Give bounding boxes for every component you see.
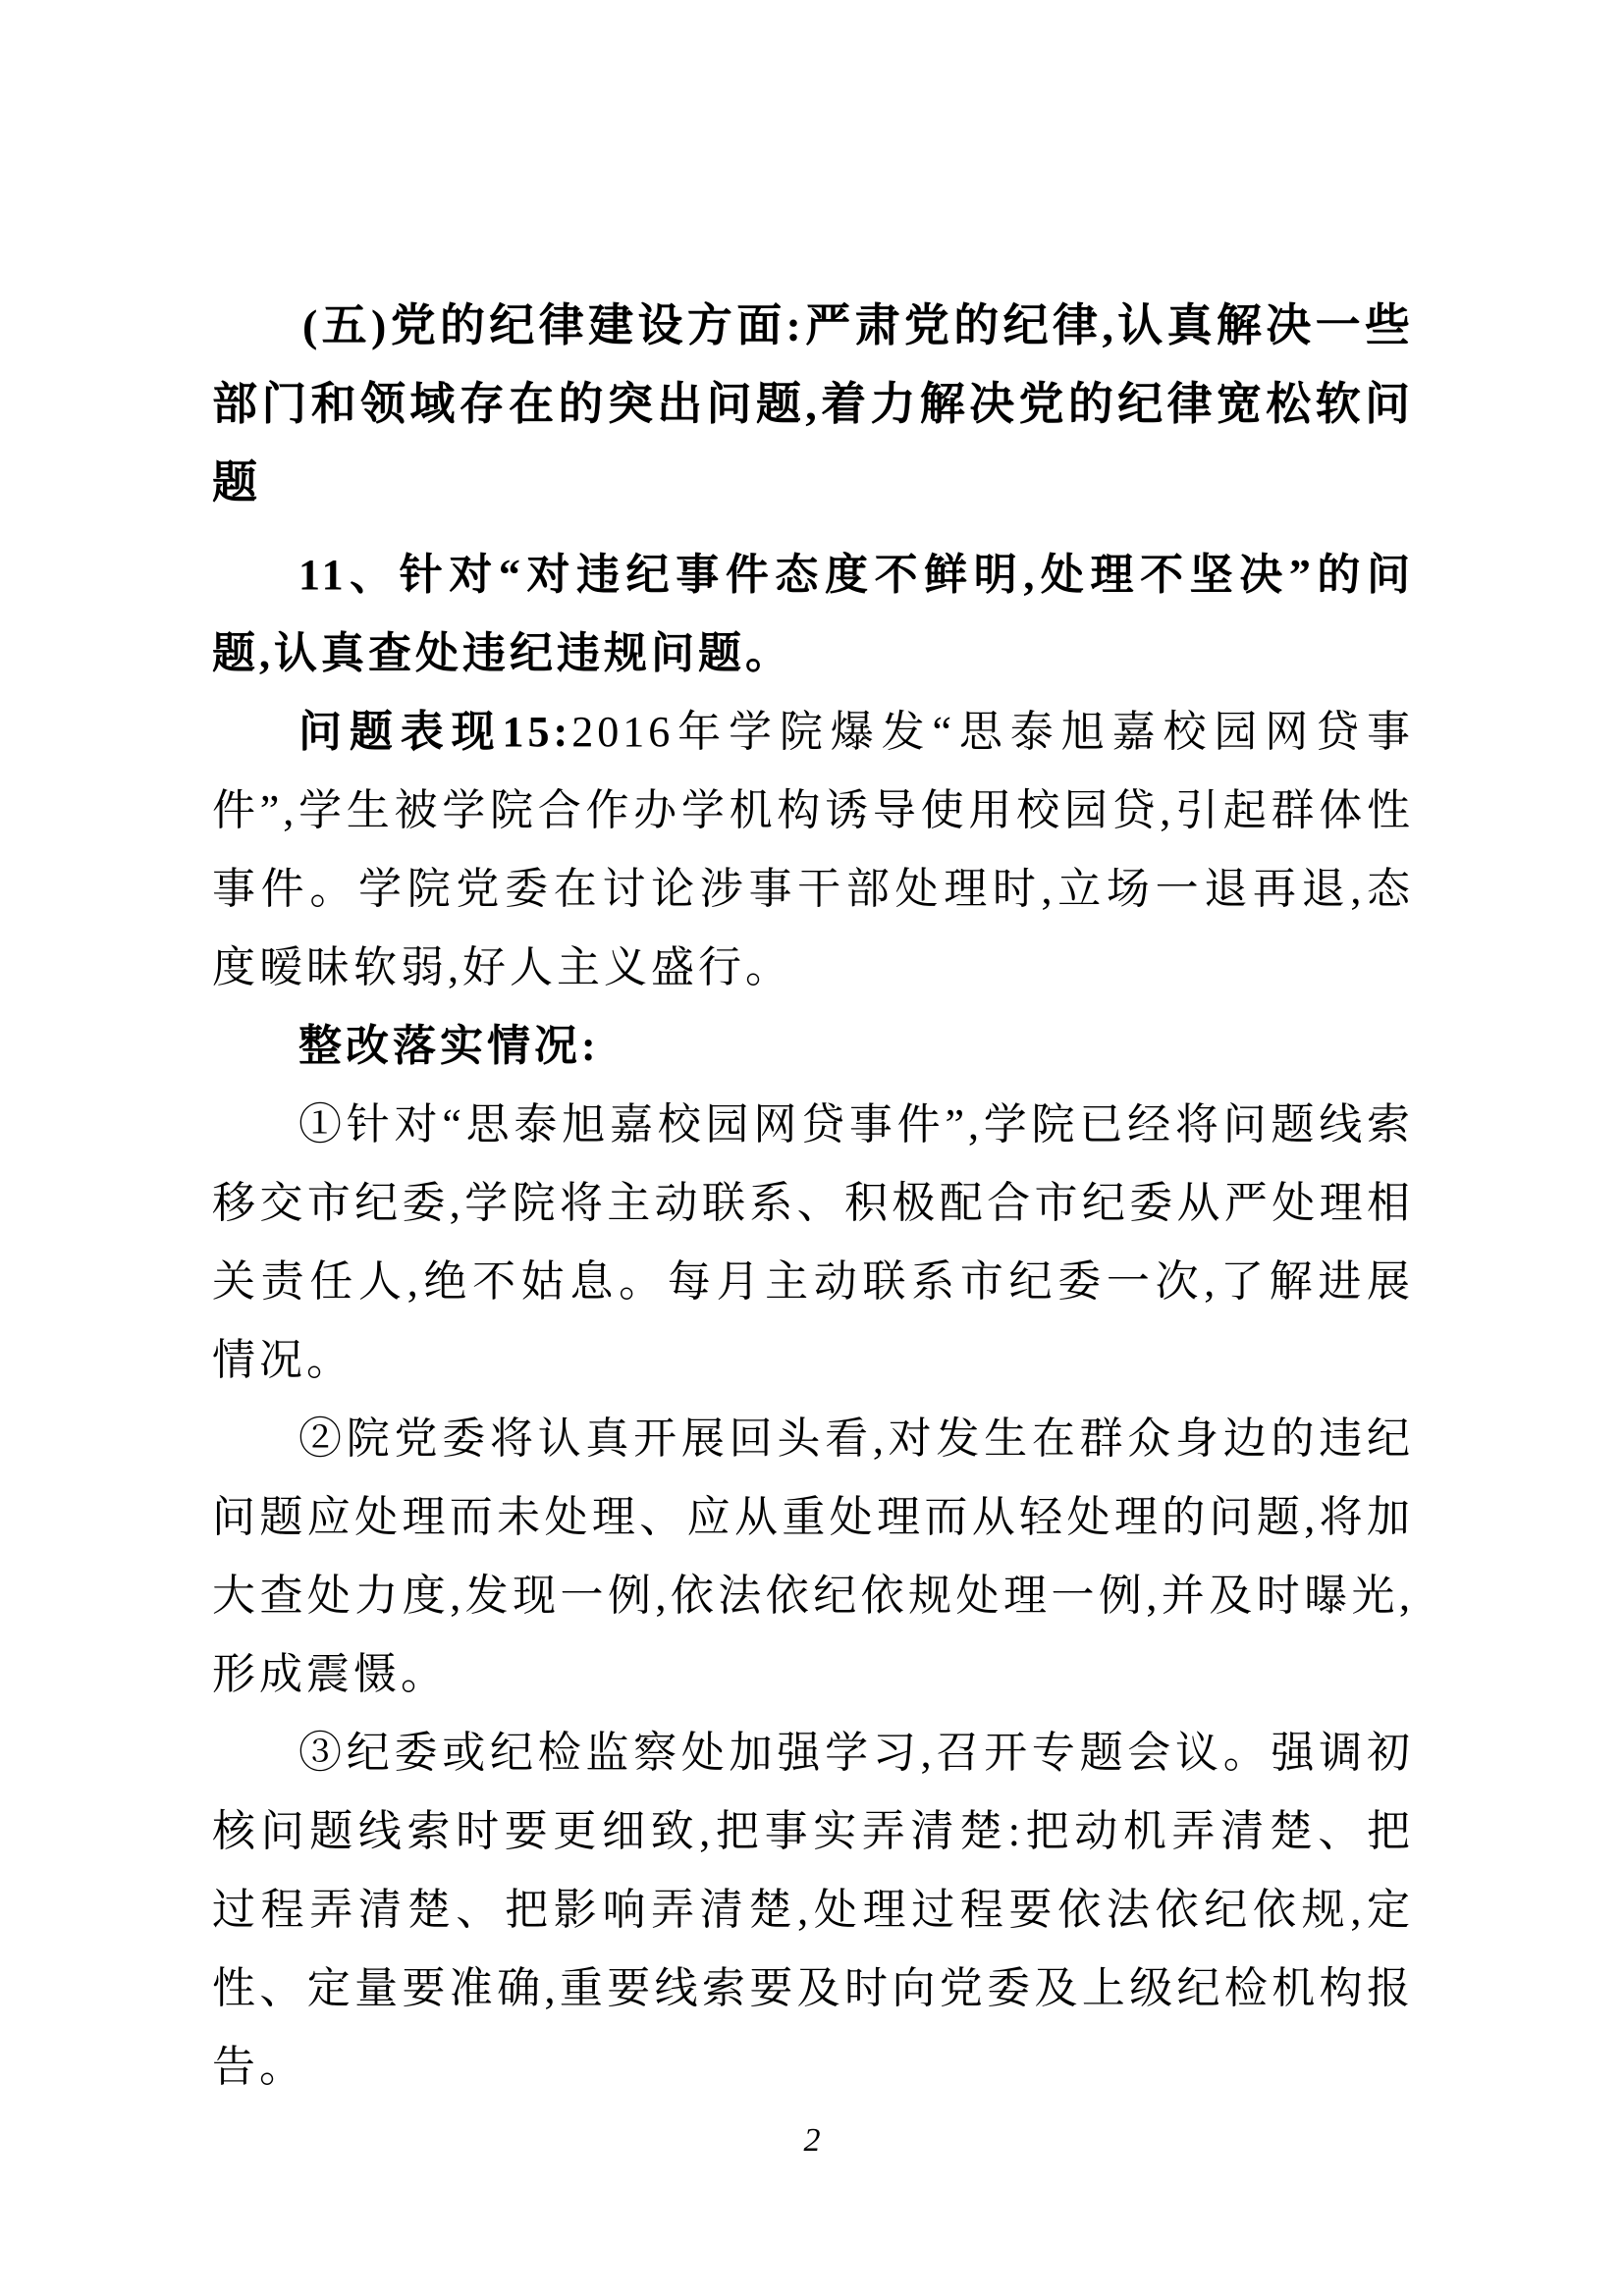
problem-label: 问题表现15: [298,708,571,756]
rectification-item-3: ③纪委或纪检监察处加强学习,召开专题会议。强调初核问题线索时要更细致,把事实弄清… [212,1714,1414,2107]
rectification-label: 整改落实情况: [212,1007,1414,1086]
rectification-item-1: ①针对“思泰旭嘉校园网贷事件”,学院已经将问题线索移交市纪委,学院将主动联系、积… [212,1086,1414,1400]
document-page: (五)党的纪律建设方面:严肃党的纪律,认真解决一些部门和领域存在的突出问题,着力… [0,0,1624,2296]
section-heading: (五)党的纪律建设方面:严肃党的纪律,认真解决一些部门和领域存在的突出问题,着力… [212,287,1414,522]
paragraph-issue-11: 11、针对“对违纪事件态度不鲜明,处理不坚决”的问题,认真查处违纪违规问题。 [212,536,1414,693]
document-body: (五)党的纪律建设方面:严肃党的纪律,认真解决一些部门和领域存在的突出问题,着力… [212,287,1414,2107]
rectification-item-2: ②院党委将认真开展回头看,对发生在群众身边的违纪问题应处理而未处理、应从重处理而… [212,1400,1414,1714]
paragraph-problem-15: 问题表现15:2016年学院爆发“思泰旭嘉校园网贷事件”,学生被学院合作办学机构… [212,693,1414,1007]
page-number: 2 [0,2122,1624,2160]
